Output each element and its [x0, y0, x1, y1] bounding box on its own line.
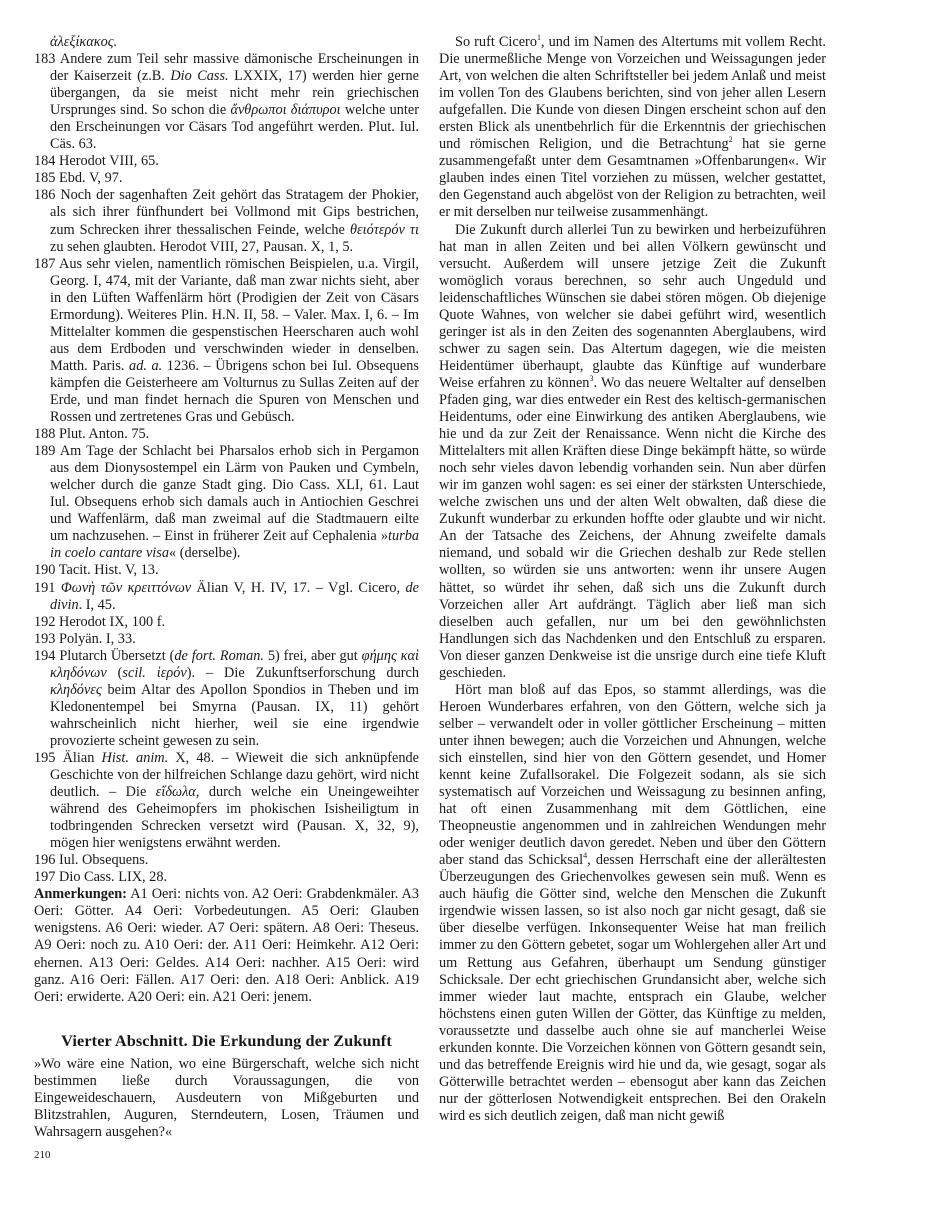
- text: Älian: [63, 750, 102, 766]
- paragraph-1: So ruft Cicero1, und im Namen des Altert…: [439, 34, 826, 222]
- left-column: ἀλεξίκακος. 183 Andere zum Teil sehr mas…: [34, 34, 419, 1164]
- text: Hört man bloß auf das Epos, so stammt al…: [439, 682, 826, 868]
- footnote-number: 196: [34, 852, 55, 868]
- text: ). – Die Zukunftserforschung durch: [187, 665, 419, 681]
- text: « (derselbe).: [169, 545, 240, 561]
- footnote-number: 194: [34, 648, 55, 664]
- footnote-number: 186: [34, 187, 55, 203]
- text: Iul. Obsequens.: [59, 852, 148, 868]
- text: Plut. Anton. 75.: [59, 426, 149, 442]
- footnote-number: 188: [34, 426, 55, 442]
- greek-text: θειότερόν τι: [350, 222, 419, 238]
- text: beim Altar des Apollon Spondios in Thebe…: [50, 682, 419, 749]
- greek-text: εἴδωλα,: [156, 784, 200, 800]
- footnote-number: 185: [34, 170, 55, 186]
- italic-text: ad. a.: [129, 358, 162, 374]
- footnote-number: 197: [34, 869, 55, 885]
- footnote-number: 191: [34, 580, 55, 596]
- text: Herodot IX, 100 f.: [59, 614, 165, 630]
- footnote-number: 183: [34, 51, 55, 67]
- right-column: So ruft Cicero1, und im Namen des Altert…: [439, 34, 826, 1125]
- text: Plutarch Übersetzt (: [59, 648, 174, 664]
- text: 5) frei, aber gut: [264, 648, 362, 664]
- footnote-192: 192 Herodot IX, 100 f.: [34, 614, 419, 631]
- paragraph-3: Hört man bloß auf das Epos, so stammt al…: [439, 682, 826, 1125]
- footnote-195: 195 Älian Hist. anim. X, 48. – Wieweit d…: [34, 750, 419, 852]
- footnote-continuation: ἀλεξίκακος.: [34, 34, 419, 51]
- footnote-193: 193 Polyän. I, 33.: [34, 631, 419, 648]
- greek-text: ἄνθρωποι διάπυροι: [230, 102, 340, 118]
- footnote-194: 194 Plutarch Übersetzt (de fort. Roman. …: [34, 648, 419, 750]
- footnote-number: 187: [34, 256, 55, 272]
- footnote-number: 189: [34, 443, 55, 459]
- annotations-label: Anmerkungen:: [34, 886, 127, 902]
- greek-word: ἀλεξίκακος.: [50, 34, 117, 50]
- text: (: [107, 665, 123, 681]
- section-heading: Vierter Abschnitt. Die Erkundung der Zuk…: [34, 1032, 419, 1049]
- footnote-184: 184 Herodot VIII, 65.: [34, 153, 419, 170]
- paragraph-2: Die Zukunft durch allerlei Tun zu bewirk…: [439, 222, 826, 682]
- footnote-190: 190 Tacit. Hist. V, 13.: [34, 562, 419, 579]
- greek-text: κληδόνες: [50, 682, 102, 698]
- text: Tacit. Hist. V, 13.: [59, 562, 159, 578]
- greek-text: Φωνὴ τῶν κρειττόνων: [61, 580, 191, 596]
- footnote-number: 184: [34, 153, 55, 169]
- text: . I, 45.: [79, 597, 116, 613]
- text: Aus sehr vielen, namentlich römischen Be…: [50, 256, 419, 374]
- text: , dessen Herrschaft eine der allerältest…: [439, 852, 826, 1124]
- text: Ebd. V, 97.: [59, 170, 122, 186]
- footnote-number: 193: [34, 631, 55, 647]
- footnote-185: 185 Ebd. V, 97.: [34, 170, 419, 187]
- italic-text: Dio Cass.: [170, 68, 228, 84]
- page-number: 210: [34, 1147, 419, 1164]
- text: zu sehen glaubten. Herodot VIII, 27, Pau…: [50, 239, 353, 255]
- text: Polyän. I, 33.: [59, 631, 136, 647]
- footnote-188: 188 Plut. Anton. 75.: [34, 426, 419, 443]
- footnote-191: 191 Φωνὴ τῶν κρειττόνων Älian V, H. IV, …: [34, 580, 419, 614]
- text: Am Tage der Schlacht bei Pharsalos erhob…: [50, 443, 419, 544]
- footnote-number: 190: [34, 562, 55, 578]
- footnote-189: 189 Am Tage der Schlacht bei Pharsalos e…: [34, 443, 419, 562]
- italic-text: Hist. anim.: [102, 750, 169, 766]
- text: So ruft Cicero: [455, 34, 537, 50]
- footnote-187: 187 Aus sehr vielen, namentlich römische…: [34, 256, 419, 426]
- text: Herodot VIII, 65.: [59, 153, 159, 169]
- text: , und im Namen des Altertums mit vollem …: [439, 34, 826, 152]
- footnote-197: 197 Dio Cass. LIX, 28.: [34, 869, 419, 886]
- text: Älian V, H. IV, 17. – Vgl. Cicero,: [191, 580, 405, 596]
- annotations-text: A1 Oeri: nichts von. A2 Oeri: Grabdenkmä…: [34, 886, 419, 1004]
- italic-text: scil. ἱερόν: [122, 665, 186, 681]
- text: . Wo das neuere Weltalter auf denselben …: [439, 375, 826, 681]
- italic-text: de fort. Roman.: [174, 648, 264, 664]
- footnote-number: 192: [34, 614, 55, 630]
- footnote-196: 196 Iul. Obsequens.: [34, 852, 419, 869]
- text: Die Zukunft durch allerlei Tun zu bewirk…: [439, 222, 826, 391]
- epigraph-quote: »Wo wäre eine Nation, wo eine Bürgerscha…: [34, 1056, 419, 1141]
- footnote-number: 195: [34, 750, 55, 766]
- footnote-186: 186 Noch der sagenhaften Zeit gehört das…: [34, 187, 419, 255]
- annotations: Anmerkungen: A1 Oeri: nichts von. A2 Oer…: [34, 886, 419, 1005]
- footnote-183: 183 Andere zum Teil sehr massive dämonis…: [34, 51, 419, 153]
- text: Dio Cass. LIX, 28.: [59, 869, 167, 885]
